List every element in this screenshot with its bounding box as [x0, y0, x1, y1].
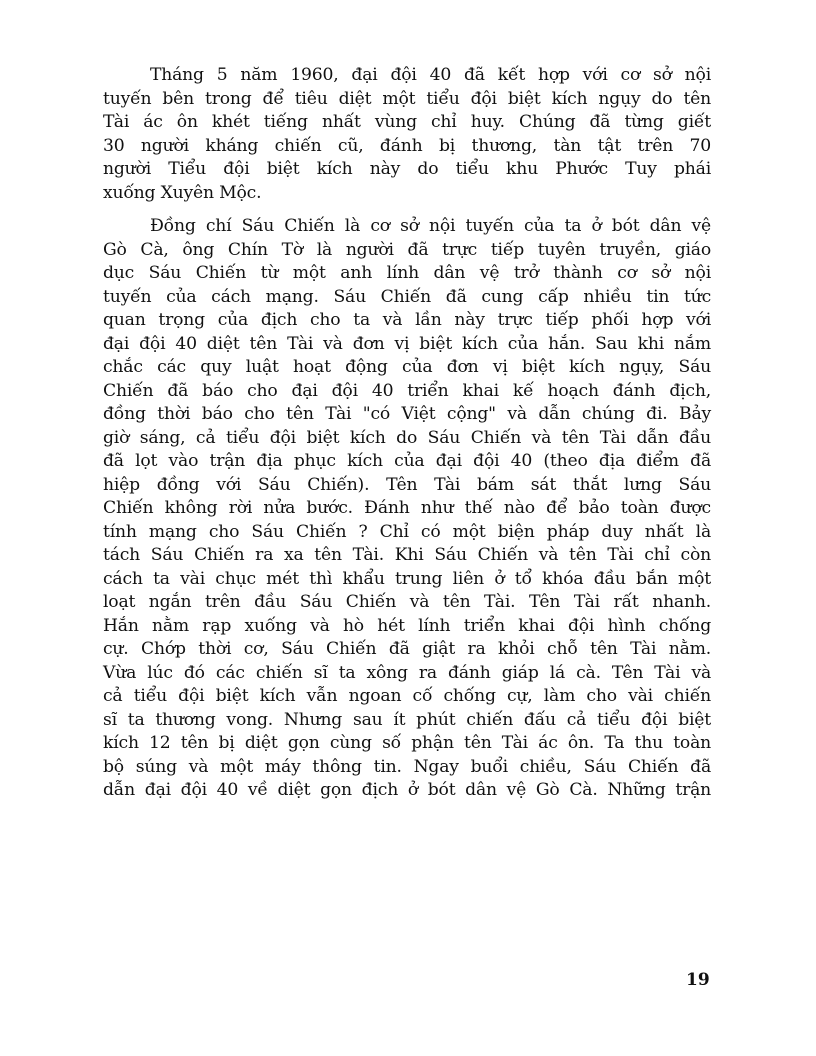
- text-line: tuyến bên trong để tiêu diệt một tiểu độ…: [103, 88, 711, 112]
- text-line: Hắn nằm rạp xuống và hò hét lính triển k…: [103, 615, 711, 639]
- text-line: Gò Cà, ông Chín Tờ là người đã trực tiếp…: [103, 239, 711, 263]
- text-line: chắc các quy luật hoạt động của đơn vị b…: [103, 356, 711, 380]
- body-text: Tháng 5 năm 1960, đại đội 40 đã kết hợp …: [103, 64, 711, 803]
- text-line: Vừa lúc đó các chiến sĩ ta xông ra đánh …: [103, 662, 711, 686]
- text-line: loạt ngắn trên đầu Sáu Chiến và tên Tài.…: [103, 591, 711, 615]
- text-line: xuống Xuyên Mộc.: [103, 182, 711, 206]
- text-line: tuyến của cách mạng. Sáu Chiến đã cung c…: [103, 286, 711, 310]
- text-line: dục Sáu Chiến từ một anh lính dân vệ trở…: [103, 262, 711, 286]
- text-line: bộ súng và một máy thông tin. Ngay buổi …: [103, 756, 711, 780]
- text-line: dẫn đại đội 40 về diệt gọn địch ở bót dâ…: [103, 779, 711, 803]
- text-line: tính mạng cho Sáu Chiến ? Chỉ có một biệ…: [103, 521, 711, 545]
- text-line: Chiến đã báo cho đại đội 40 triển khai k…: [103, 380, 711, 404]
- text-line: Đồng chí Sáu Chiến là cơ sở nội tuyến củ…: [103, 215, 711, 239]
- text-line: Tháng 5 năm 1960, đại đội 40 đã kết hợp …: [103, 64, 711, 88]
- text-line: đã lọt vào trận địa phục kích của đại độ…: [103, 450, 711, 474]
- page-number: 19: [686, 970, 710, 990]
- paragraph-gap: [103, 205, 711, 215]
- text-line: Chiến không rời nửa bước. Đánh như thế n…: [103, 497, 711, 521]
- text-line: quan trọng của địch cho ta và lần này tr…: [103, 309, 711, 333]
- text-line: tách Sáu Chiến ra xa tên Tài. Khi Sáu Ch…: [103, 544, 711, 568]
- text-line: 30 người kháng chiến cũ, đánh bị thương,…: [103, 135, 711, 159]
- text-line: cả tiểu đội biệt kích vẫn ngoan cố chống…: [103, 685, 711, 709]
- text-line: đồng thời báo cho tên Tài "có Việt cộng"…: [103, 403, 711, 427]
- paragraph-2: Đồng chí Sáu Chiến là cơ sở nội tuyến củ…: [103, 215, 711, 803]
- book-page: Tháng 5 năm 1960, đại đội 40 đã kết hợp …: [0, 0, 816, 1056]
- text-line: kích 12 tên bị diệt gọn cùng số phận tên…: [103, 732, 711, 756]
- text-line: đại đội 40 diệt tên Tài và đơn vị biệt k…: [103, 333, 711, 357]
- text-line: người Tiểu đội biệt kích này do tiểu khu…: [103, 158, 711, 182]
- text-line: giờ sáng, cả tiểu đội biệt kích do Sáu C…: [103, 427, 711, 451]
- text-line: hiệp đồng với Sáu Chiến). Tên Tài bám sá…: [103, 474, 711, 498]
- text-line: cách ta vài chục mét thì khẩu trung liên…: [103, 568, 711, 592]
- text-line: sĩ ta thương vong. Nhưng sau ít phút chi…: [103, 709, 711, 733]
- text-line: cự. Chớp thời cơ, Sáu Chiến đã giật ra k…: [103, 638, 711, 662]
- text-line: Tài ác ôn khét tiếng nhất vùng chỉ huy. …: [103, 111, 711, 135]
- paragraph-1: Tháng 5 năm 1960, đại đội 40 đã kết hợp …: [103, 64, 711, 205]
